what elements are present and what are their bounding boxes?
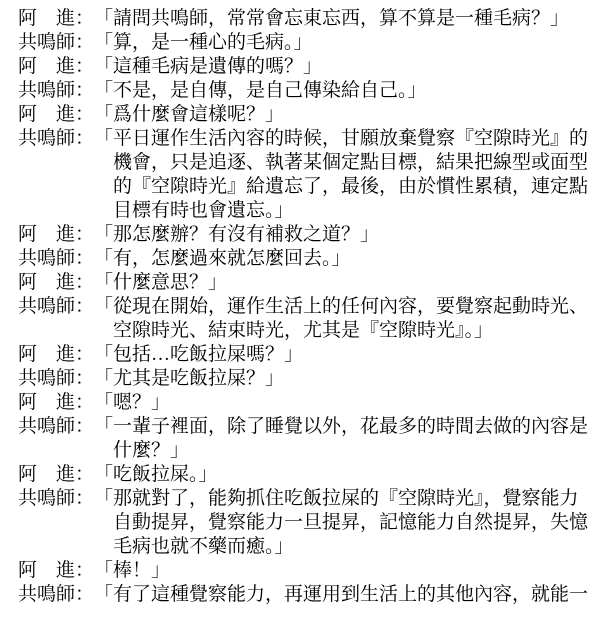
dialogue-row: 阿 進： 「吃飯拉屎。」 — [18, 463, 596, 487]
speaker-label: 阿 進： — [18, 463, 94, 487]
dialogue-list: 阿 進： 「請問共鳴師，常常會忘東忘西，算不算是一種毛病？」 共鳴師： 「算，是… — [18, 7, 596, 607]
dialogue-row: 共鳴師： 「一輩子裡面，除了睡覺以外，花最多的時間去做的內容是什麼？」 — [18, 415, 596, 463]
speaker-label: 阿 進： — [18, 103, 94, 127]
speaker-label: 共鳴師： — [18, 79, 94, 103]
dialogue-row: 阿 進： 「請問共鳴師，常常會忘東忘西，算不算是一種毛病？」 — [18, 7, 596, 31]
speaker-label: 阿 進： — [18, 223, 94, 247]
dialogue-row: 共鳴師： 「有，怎麼過來就怎麼回去。」 — [18, 247, 596, 271]
speaker-label: 阿 進： — [18, 343, 94, 367]
dialogue-row: 阿 進： 「爲什麼會這樣呢？」 — [18, 103, 596, 127]
dialogue-text: 「請問共鳴師，常常會忘東忘西，算不算是一種毛病？」 — [94, 7, 596, 31]
dialogue-text: 「那怎麼辦？有沒有補救之道？」 — [94, 223, 596, 247]
speaker-label: 共鳴師： — [18, 415, 94, 439]
speaker-label: 阿 進： — [18, 391, 94, 415]
dialogue-text: 「算，是一種心的毛病。」 — [94, 31, 596, 55]
dialogue-text: 「不是，是自傳，是自己傳染給自己。」 — [94, 79, 596, 103]
dialogue-text: 「那就對了，能夠抓住吃飯拉屎的『空隙時光』，覺察能力自動提昇，覺察能力一旦提昇，… — [94, 487, 596, 559]
dialogue-row: 阿 進： 「棒！」 — [18, 559, 596, 583]
dialogue-row: 共鳴師： 「那就對了，能夠抓住吃飯拉屎的『空隙時光』，覺察能力自動提昇，覺察能力… — [18, 487, 596, 559]
document-page: 阿 進： 「請問共鳴師，常常會忘東忘西，算不算是一種毛病？」 共鳴師： 「算，是… — [0, 0, 606, 607]
speaker-label: 共鳴師： — [18, 487, 94, 511]
dialogue-text: 「平日運作生活內容的時候，甘願放棄覺察『空隙時光』的機會，只是追逐、執著某個定點… — [94, 127, 596, 223]
dialogue-text: 「一輩子裡面，除了睡覺以外，花最多的時間去做的內容是什麼？」 — [94, 415, 596, 463]
dialogue-text: 「這種毛病是遺傳的嗎？」 — [94, 55, 596, 79]
speaker-label: 共鳴師： — [18, 247, 94, 271]
dialogue-row: 共鳴師： 「不是，是自傳，是自己傳染給自己。」 — [18, 79, 596, 103]
dialogue-row: 阿 進： 「什麼意思？」 — [18, 271, 596, 295]
dialogue-text: 「棒！」 — [94, 559, 596, 583]
dialogue-row: 阿 進： 「包括…吃飯拉屎嗎？」 — [18, 343, 596, 367]
speaker-label: 阿 進： — [18, 55, 94, 79]
speaker-label: 共鳴師： — [18, 367, 94, 391]
dialogue-row: 共鳴師： 「從現在開始，運作生活上的任何內容，要覺察起動時光、空隙時光、結束時光… — [18, 295, 596, 343]
speaker-label: 阿 進： — [18, 7, 94, 31]
dialogue-row: 共鳴師： 「平日運作生活內容的時候，甘願放棄覺察『空隙時光』的機會，只是追逐、執… — [18, 127, 596, 223]
dialogue-text: 「有了這種覺察能力，再運用到生活上的其他內容，就能一 — [94, 583, 596, 607]
speaker-label: 共鳴師： — [18, 31, 94, 55]
dialogue-row: 阿 進： 「嗯？」 — [18, 391, 596, 415]
speaker-label: 共鳴師： — [18, 127, 94, 151]
dialogue-row: 阿 進： 「那怎麼辦？有沒有補救之道？」 — [18, 223, 596, 247]
speaker-label: 阿 進： — [18, 271, 94, 295]
dialogue-text: 「包括…吃飯拉屎嗎？」 — [94, 343, 596, 367]
dialogue-row: 共鳴師： 「算，是一種心的毛病。」 — [18, 31, 596, 55]
dialogue-row: 共鳴師： 「有了這種覺察能力，再運用到生活上的其他內容，就能一 — [18, 583, 596, 607]
dialogue-text: 「吃飯拉屎。」 — [94, 463, 596, 487]
dialogue-text: 「尤其是吃飯拉屎？」 — [94, 367, 596, 391]
dialogue-text: 「有，怎麼過來就怎麼回去。」 — [94, 247, 596, 271]
dialogue-row: 阿 進： 「這種毛病是遺傳的嗎？」 — [18, 55, 596, 79]
dialogue-row: 共鳴師： 「尤其是吃飯拉屎？」 — [18, 367, 596, 391]
dialogue-text: 「嗯？」 — [94, 391, 596, 415]
dialogue-text: 「從現在開始，運作生活上的任何內容，要覺察起動時光、空隙時光、結束時光，尤其是『… — [94, 295, 596, 343]
dialogue-text: 「什麼意思？」 — [94, 271, 596, 295]
speaker-label: 共鳴師： — [18, 583, 94, 607]
speaker-label: 共鳴師： — [18, 295, 94, 319]
speaker-label: 阿 進： — [18, 559, 94, 583]
dialogue-text: 「爲什麼會這樣呢？」 — [94, 103, 596, 127]
